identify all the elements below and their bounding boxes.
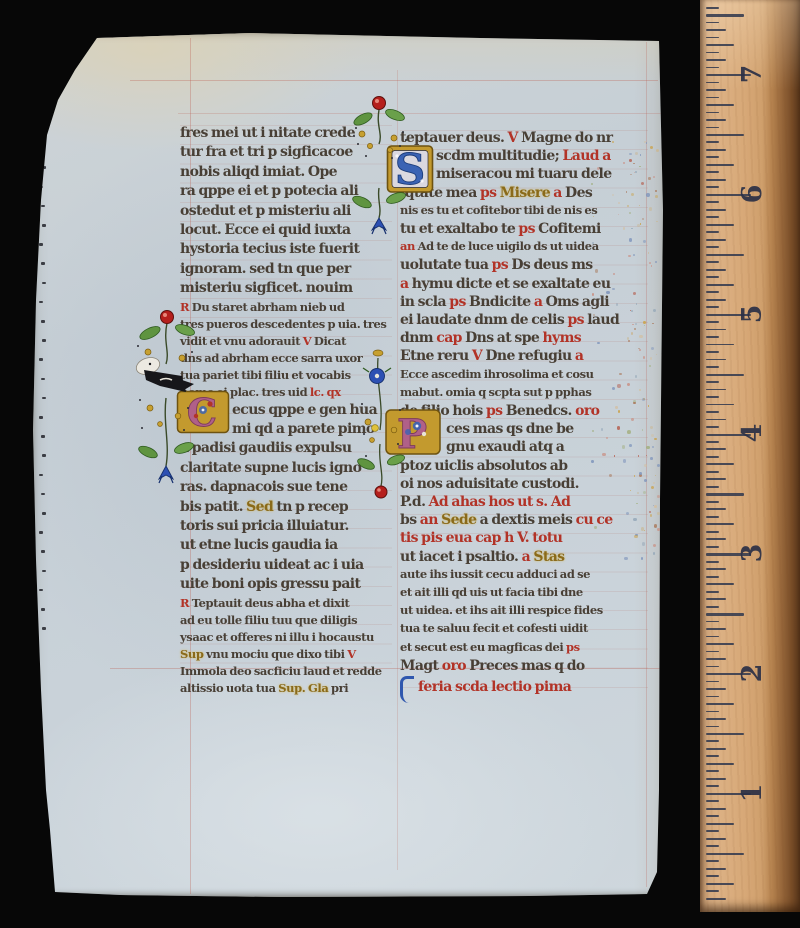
floral-spray-top: [348, 88, 412, 238]
green-leaf: [137, 444, 159, 460]
text-run: ut etne lucis gaudia ia: [180, 537, 338, 553]
ruler-tick: [706, 14, 744, 16]
ruler-tick: [706, 67, 719, 69]
ruler-tick: [706, 606, 719, 608]
text-line: a padisi gaudiis expulsu: [180, 440, 351, 456]
yellow-dot: [372, 425, 379, 432]
ruler-tick: [706, 523, 734, 525]
text-line: ut etne lucis gaudia ia: [180, 537, 338, 553]
text-line: Ecce ascedim ihrosolima et cosu: [400, 367, 594, 381]
ruler-tick: [706, 269, 726, 271]
text-run: ps: [567, 312, 587, 328]
text-line: tu et exaltabo te ps Cofitemi: [400, 221, 601, 237]
text-line: toris sui pricia illuiatur.: [180, 518, 349, 534]
text-line: fres mei ut i nitate crede: [180, 125, 355, 141]
text-run: Laud a: [562, 148, 610, 164]
text-run: Sup. Gla: [278, 681, 328, 695]
ruler-tick: [706, 898, 726, 900]
ruler-tick: [706, 7, 719, 9]
text-run: tis pis eua cap h V. totu: [400, 530, 562, 546]
text-run: ps: [566, 640, 580, 654]
text-line: Magt oro Preces mas q do: [400, 658, 585, 674]
green-leaf: [356, 457, 376, 472]
ruler-tick: [706, 643, 734, 645]
text-run: Dicat: [314, 334, 346, 348]
text-line: vidit et vnu adorauit V Dicat: [180, 334, 346, 348]
ruler-tick: [706, 493, 744, 495]
text-run: ras. dapnacois sue tene: [180, 479, 347, 495]
ruler-tick: [706, 89, 726, 91]
floral-spray-middle: [356, 344, 408, 504]
ruler-tick: [706, 456, 719, 458]
text-run: Etne reru: [400, 348, 472, 364]
manuscript-content: fres mei ut i nitate credetur fra et tri…: [0, 0, 800, 928]
ruler-tick: [706, 628, 726, 630]
ruler-tick: [706, 59, 726, 61]
ruler-tick: [706, 486, 719, 488]
ruler-tick: [706, 426, 719, 428]
ruler-tick: [706, 718, 726, 720]
ruler-tick: [706, 209, 726, 211]
ruler-tick: [706, 800, 719, 802]
text-run: mi qd a parete pimo: [232, 421, 375, 437]
ruler-tick: [706, 478, 726, 480]
blue-flower: [363, 368, 391, 384]
text-line: altissio uota tua Sup. Gla pri: [180, 681, 348, 695]
text-run: vnu mociu que dixo tibi: [204, 647, 348, 661]
text-run: ra qppe ei et p potecia ali: [180, 183, 358, 199]
ruler-tick: [706, 636, 719, 638]
text-run: a dextis meis: [476, 512, 575, 528]
ruler-tick: [706, 216, 719, 218]
ruler-tick: [706, 778, 726, 780]
text-run: tres pueros descedentes p uia. tres: [180, 317, 386, 331]
bird-figure: [134, 355, 194, 392]
ruler-tick: [706, 711, 719, 713]
text-run: toris sui pricia illuiatur.: [180, 518, 349, 534]
text-line: feria scda lectio pima: [400, 676, 571, 703]
text-run: Teptauit deus abha et dixit: [192, 596, 350, 610]
text-line: tis pis eua cap h V. totu: [400, 530, 562, 546]
text-run: dns ad abrham ecce sarra uxor: [180, 351, 362, 365]
ruler-tick: [706, 726, 719, 728]
text-run: locut. Ecce ei quid iuxta: [180, 222, 351, 238]
text-run: pri: [328, 681, 348, 695]
text-run: ps: [486, 403, 506, 419]
text-line: dns ad abrham ecce sarra uxor: [180, 351, 362, 365]
ruler-tick: [706, 306, 719, 308]
green-leaf: [138, 324, 162, 342]
ruler-tick: [706, 119, 726, 121]
text-line: ut iacet i psaltio. a Stas: [400, 549, 564, 565]
ruler-tick: [706, 688, 726, 690]
text-run: Ecce ascedim ihrosolima et cosu: [400, 367, 594, 381]
text-run: fres mei ut i nitate crede: [180, 125, 355, 141]
text-run: Preces mas q do: [469, 658, 584, 674]
text-run: Benedcs.: [506, 403, 575, 419]
text-run: feria scda lectio pima: [418, 679, 571, 695]
text-line: oi nos aduisitate custodi.: [400, 476, 579, 492]
text-line: ei laudate dnm de celis ps laud: [400, 312, 619, 328]
ruler-tick: [706, 621, 719, 623]
text-line: misteriu sigficet. nouim: [180, 280, 353, 296]
text-run: an: [420, 512, 441, 528]
ruler-tick: [706, 546, 719, 548]
ruler-tick: [706, 808, 726, 810]
ruler-tick: [706, 381, 719, 383]
text-line: ut uidea. et ihs ait illi respice fides: [400, 603, 603, 617]
text-line: dnm cap Dns at spe hyms: [400, 330, 581, 346]
ruler-number: 5: [736, 297, 770, 331]
green-leaf: [351, 194, 373, 210]
text-line: gnu exaudi atq a: [446, 439, 564, 455]
wooden-ruler: 7654321: [700, 0, 800, 912]
text-line: miseracou mi tuaru dele: [436, 166, 612, 182]
text-run: nis es tu et cofitebor tibi de nis es: [400, 203, 597, 217]
text-run: V: [347, 647, 356, 661]
ruler-tick: [706, 239, 726, 241]
ruler-tick: [706, 853, 744, 855]
ruler-tick: [706, 366, 719, 368]
text-run: ad eu tolle filiu tuu que diligis: [180, 613, 357, 627]
ruler-tick: [706, 261, 719, 263]
ruler-tick: [706, 127, 719, 129]
ruler-tick: [706, 860, 719, 862]
ruler-number: 7: [736, 57, 770, 91]
ruler-tick: [706, 149, 726, 151]
text-line: P.d. Ad ahas hos ut s. Ad: [400, 494, 570, 510]
text-run: Bndicite: [469, 294, 534, 310]
text-run: Sede: [441, 512, 476, 528]
text-run: tua pariet tibi filiu et vocabis: [180, 368, 351, 382]
ruler-tick: [706, 576, 719, 578]
text-run: et ait illi qd uis ut facia tibi dne: [400, 585, 583, 599]
text-line: nobis aliqd imiat. Ope: [180, 164, 337, 180]
text-run: gnu exaudi atq a: [446, 439, 564, 455]
ruler-tick: [706, 276, 719, 278]
ruler-tick: [706, 156, 719, 158]
text-run: oi nos aduisitate custodi.: [400, 476, 579, 492]
text-run: tu et exaltabo te: [400, 221, 518, 237]
ruler-tick: [706, 104, 734, 106]
red-berry: [161, 311, 174, 324]
ruler-tick: [706, 231, 719, 233]
text-run: mabut. omia q scpta sut p pphas: [400, 385, 592, 399]
text-run: ptoz uiclis absolutos ab: [400, 458, 567, 474]
text-line: mabut. omia q scpta sut p pphas: [400, 385, 592, 399]
text-run: tn p recep: [273, 499, 348, 515]
text-line: bis patit. Sed tn p recep: [180, 499, 348, 515]
ruler-tick: [706, 112, 719, 114]
text-run: Des: [565, 185, 592, 201]
text-run: nobis aliqd imiat. Ope: [180, 164, 337, 180]
text-line: tur fra et tri p sigficacoe: [180, 144, 353, 160]
text-run: miseracou mi tuaru dele: [436, 166, 612, 182]
text-run: ostedut et p misteriu ali: [180, 203, 351, 219]
ruler-tick: [706, 733, 744, 735]
text-run: ei laudate dnm de celis: [400, 312, 567, 328]
text-run: a: [522, 549, 534, 565]
ruler-tick: [706, 37, 719, 39]
text-run: ces mas qs dne be: [446, 421, 574, 437]
ruler-tick: [706, 538, 726, 540]
ruler-tick: [706, 598, 726, 600]
text-run: misteriu sigficet. nouim: [180, 280, 353, 296]
text-line: ysaac et offeres ni illu i hocaustu: [180, 630, 374, 644]
text-run: Dne refugiu: [485, 348, 575, 364]
ruler-tick: [706, 141, 719, 143]
ruler-tick: [706, 171, 719, 173]
ruler-tick: [706, 501, 719, 503]
ruler-tick: [706, 658, 726, 660]
ruler-tick: [706, 875, 719, 877]
ruler-tick: [706, 830, 719, 832]
text-run: Ds deus ms: [511, 257, 592, 273]
text-run: Oms agli: [546, 294, 609, 310]
text-run: ut iacet i psaltio.: [400, 549, 522, 565]
ruler-tick: [706, 785, 719, 787]
text-run: a padisi gaudiis expulsu: [180, 440, 351, 456]
ruler-tick: [706, 29, 726, 31]
text-line: Etne reru V Dne refugiu a: [400, 348, 583, 364]
text-line: aute ihs iussit cecu adduci ad se: [400, 567, 590, 581]
text-run: tur fra et tri p sigficacoe: [180, 144, 353, 160]
ruler-tick: [706, 740, 719, 742]
text-run: ps: [492, 257, 512, 273]
ruler-tick: [706, 336, 719, 338]
ruler-tick: [706, 186, 719, 188]
ruler-number: 1: [736, 776, 770, 810]
text-line: Immola deo sacficiu laud et redde: [180, 664, 382, 678]
red-berry: [375, 486, 387, 498]
text-run: claritate supne lucis igno: [180, 460, 361, 476]
text-run: Magt: [400, 658, 442, 674]
text-run: V: [472, 348, 486, 364]
text-run: bis patit.: [180, 499, 246, 515]
ruler-tick: [706, 299, 726, 301]
text-line: ptoz uiclis absolutos ab: [400, 458, 567, 474]
ruler-tick: [706, 591, 719, 593]
text-run: uite boni opis gressu pait: [180, 576, 360, 592]
ruler-tick: [706, 329, 726, 331]
text-run: ps: [518, 221, 538, 237]
text-line: claritate supne lucis igno: [180, 460, 361, 476]
text-line: ces mas qs dne be: [446, 421, 574, 437]
text-run: Sup: [180, 647, 204, 661]
ruler-tick: [706, 419, 726, 421]
text-run: lc. qx: [310, 385, 341, 399]
ruler-tick: [706, 890, 719, 892]
text-run: scdm multitudie;: [436, 148, 562, 164]
text-run: hyms: [542, 330, 581, 346]
text-line: mi qd a parete pimo: [232, 421, 375, 437]
ruler-tick: [706, 531, 719, 533]
ruler-tick: [706, 179, 726, 181]
ruler-tick: [706, 359, 726, 361]
text-run: V: [303, 334, 314, 348]
text-line: ad eu tolle filiu tuu que diligis: [180, 613, 357, 627]
text-run: V: [508, 130, 522, 146]
text-line: p desideriu uideat ac i uia: [180, 557, 364, 573]
text-run: Misere: [500, 185, 554, 201]
text-run: hystoria tecius iste fuerit: [180, 241, 359, 257]
ruler-tick: [706, 770, 719, 772]
ruler-tick: [706, 815, 719, 817]
blue-paraph-mark: [400, 676, 414, 703]
text-line: ras. dapnacois sue tene: [180, 479, 347, 495]
ruler-tick: [706, 411, 719, 413]
ruler-tick: [706, 838, 726, 840]
ruler-tick: [706, 613, 744, 615]
ruler-tick: [706, 201, 719, 203]
green-leaf: [385, 190, 407, 205]
text-run: Stas: [533, 549, 564, 565]
ruler-tick: [706, 651, 719, 653]
ruler-number: 2: [736, 656, 770, 690]
text-line: tua pariet tibi filiu et vocabis: [180, 368, 351, 382]
text-line: et secut est eu magficas dei ps: [400, 640, 580, 654]
ruler-tick: [706, 561, 719, 563]
ruler-tick: [706, 471, 719, 473]
text-run: tua te saluu fecit et cofesti uidit: [400, 621, 588, 635]
text-run: ignoram. sed tn que per: [180, 261, 351, 277]
text-run: a: [553, 185, 565, 201]
ruler-tick: [706, 284, 734, 286]
ruler-tick: [706, 696, 719, 698]
ruler-tick: [706, 404, 734, 406]
green-leaf: [352, 110, 374, 127]
text-run: oro: [575, 403, 599, 419]
ruler-number: 3: [736, 536, 770, 570]
text-line: in scla ps Bndicite a Oms agli: [400, 294, 609, 310]
text-run: cap: [436, 330, 465, 346]
text-line: et ait illi qd uis ut facia tibi dne: [400, 585, 583, 599]
text-run: Ad ahas hos ut s. Ad: [429, 494, 571, 510]
ruler-tick: [706, 703, 734, 705]
text-run: ysaac et offeres ni illu i hocaustu: [180, 630, 374, 644]
ruler-tick: [706, 224, 734, 226]
green-leaf: [174, 322, 196, 337]
ruler-tick: [706, 164, 734, 166]
text-run: et secut est eu magficas dei: [400, 640, 566, 654]
text-run: Du staret abrham nieb ud: [192, 300, 345, 314]
text-run: bs: [400, 512, 420, 528]
text-run: ps: [449, 294, 469, 310]
text-run: oro: [442, 658, 470, 674]
ruler-tick: [706, 389, 726, 391]
text-run: in scla: [400, 294, 449, 310]
text-line: tres pueros descedentes p uia. tres: [180, 317, 386, 331]
text-run: p desideriu uideat ac i uia: [180, 557, 364, 573]
green-leaf: [386, 453, 406, 467]
ruler-tick: [706, 344, 734, 346]
text-run: a: [400, 276, 412, 292]
ruler-tick: [706, 823, 734, 825]
text-line: ignoram. sed tn que per: [180, 261, 351, 277]
ruler-tick: [706, 763, 734, 765]
ruler-tick: [706, 748, 726, 750]
ruler-tick: [706, 568, 726, 570]
ruler-tick: [706, 681, 719, 683]
text-run: ut uidea. et ihs ait illi respice fides: [400, 603, 603, 617]
text-line: R Du staret abrham nieb ud: [180, 300, 344, 314]
text-run: ps: [480, 185, 500, 201]
text-run: aute ihs iussit cecu adduci ad se: [400, 567, 590, 581]
ruler-tick: [706, 22, 719, 24]
ruler-tick: [706, 374, 744, 376]
ruler-tick: [706, 82, 719, 84]
text-line: scdm multitudie; Laud a: [436, 148, 611, 164]
ruler-tick: [706, 97, 719, 99]
ruler-tick: [706, 868, 726, 870]
text-run: a: [534, 294, 546, 310]
text-line: an Ad te de luce uigilo ds ut uidea: [400, 239, 599, 253]
ruler-tick: [706, 666, 719, 668]
floral-spray-left: [130, 298, 200, 498]
text-run: R: [180, 596, 192, 610]
green-leaf: [173, 440, 195, 455]
text-line: hystoria tecius iste fuerit: [180, 241, 359, 257]
ruler-tick: [706, 291, 719, 293]
text-line: nis es tu et cofitebor tibi de nis es: [400, 203, 597, 217]
ruler-tick: [706, 351, 719, 353]
ruler-number: 6: [736, 177, 770, 211]
text-line: ostedut et p misteriu ali: [180, 203, 351, 219]
text-run: an: [400, 239, 418, 253]
text-line: uite boni opis gressu pait: [180, 576, 360, 592]
ruler-tick: [706, 321, 719, 323]
text-run: Sed: [246, 499, 273, 515]
gold-leaf: [373, 350, 383, 356]
text-line: a hymu dicte et se exaltate eu: [400, 276, 610, 292]
text-line: R Teptauit deus abha et dixit: [180, 596, 349, 610]
text-line: ra qppe ei et p potecia ali: [180, 183, 358, 199]
text-run: laud: [587, 312, 619, 328]
ruler-tick: [706, 583, 734, 585]
text-run: hymu dicte et se exaltate eu: [412, 276, 611, 292]
ruler-tick: [706, 134, 744, 136]
green-leaf: [384, 107, 406, 123]
text-run: Dns at spe: [465, 330, 542, 346]
ruler-tick: [706, 44, 734, 46]
text-run: altissio uota tua: [180, 681, 278, 695]
text-line: tua te saluu fecit et cofesti uidit: [400, 621, 588, 635]
ruler-tick: [706, 246, 719, 248]
text-line: locut. Ecce ei quid iuxta: [180, 222, 351, 238]
text-line: bs an Sede a dextis meis cu ce: [400, 512, 613, 528]
red-berry: [373, 97, 386, 110]
photo-stage: fres mei ut i nitate credetur fra et tri…: [0, 0, 800, 928]
text-run: uolutate tua: [400, 257, 492, 273]
text-run: Cofitemi: [538, 221, 601, 237]
ruler-tick: [706, 463, 734, 465]
ruler-tick: [706, 52, 719, 54]
ruler-tick: [706, 441, 719, 443]
ruler-tick: [706, 508, 726, 510]
text-line: uolutate tua ps Ds deus ms: [400, 257, 593, 273]
text-run: cu ce: [576, 512, 613, 528]
text-run: a: [575, 348, 583, 364]
ruler-tick: [706, 396, 719, 398]
text-run: Ad te de luce uigilo ds ut uidea: [418, 239, 599, 253]
ruler-tick: [706, 254, 744, 256]
ruler-tick: [706, 883, 734, 885]
text-run: Immola deo sacficiu laud et redde: [180, 664, 382, 678]
ruler-tick: [706, 845, 719, 847]
text-line: Sup vnu mociu que dixo tibi V: [180, 647, 356, 661]
ruler-tick: [706, 516, 719, 518]
ruler-tick: [706, 448, 726, 450]
